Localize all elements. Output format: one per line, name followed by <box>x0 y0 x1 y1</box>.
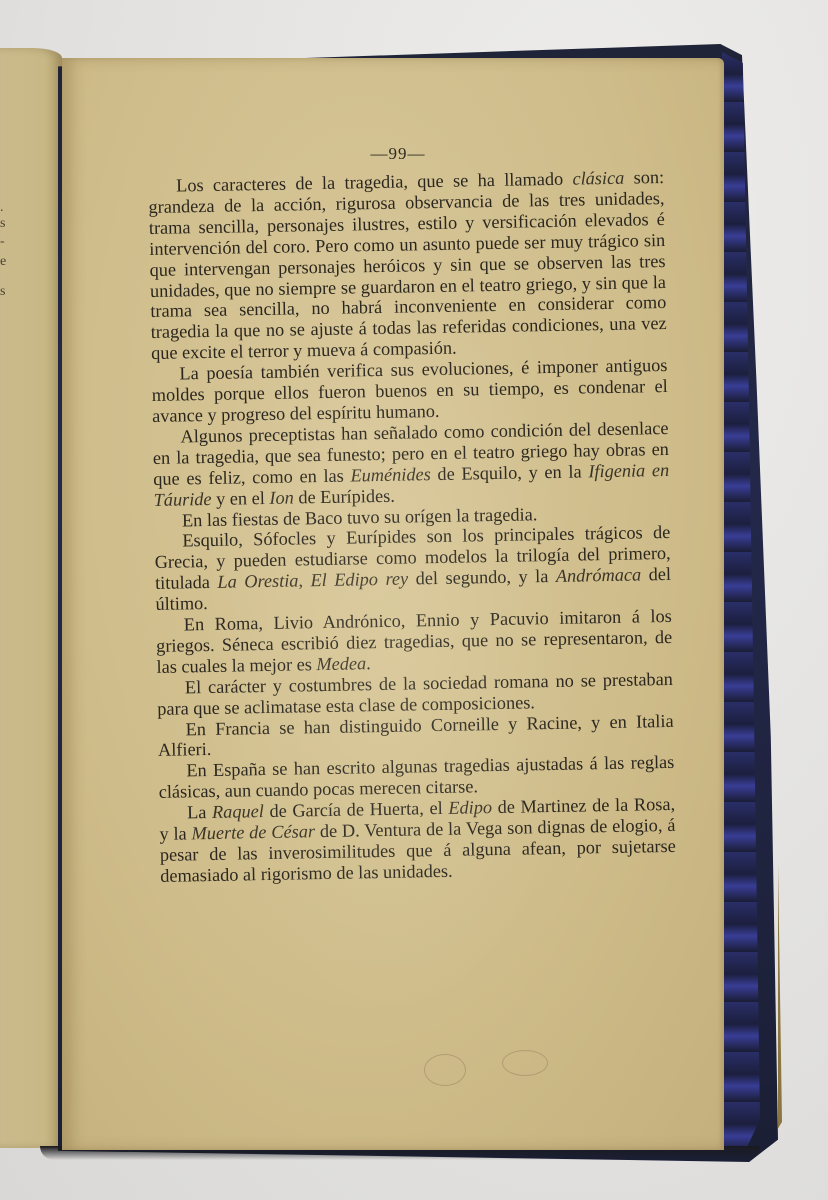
book-page: —99— Los caracteres de la tragedia, que … <box>62 58 724 1150</box>
paragraph: La Raquel de García de Huerta, el Edipo … <box>159 794 676 887</box>
work-title: clásica <box>572 168 624 189</box>
work-title: Ion <box>269 487 294 507</box>
text-run: La poesía también verifica sus evolucion… <box>152 355 668 426</box>
left-page-fragment: s <box>0 284 5 300</box>
left-page-fragment: s <box>0 216 5 232</box>
work-title: Medea <box>316 653 366 674</box>
text-run: En las fiestas de Baco tuvo su orígen la… <box>182 504 538 530</box>
text-run: . <box>366 653 371 673</box>
page-body-text: Los caracteres de la tragedia, que se ha… <box>148 167 676 887</box>
left-page-fragment: . <box>0 200 4 216</box>
paragraph: Los caracteres de la tragedia, que se ha… <box>148 167 667 364</box>
work-title: La Orestia, El Edipo rey <box>217 569 408 592</box>
paragraph: Esquilo, Sófocles y Eurípides son los pr… <box>154 522 671 615</box>
paragraph: En Roma, Livio Andrónico, Ennio y Pacuvi… <box>156 606 673 678</box>
text-run: En Roma, Livio Andrónico, Ennio y Pacuvi… <box>156 606 672 677</box>
text-run: de D. Ventura de la Vega son dignas de e… <box>160 815 676 886</box>
paragraph: Algunos preceptistas han señalado como c… <box>152 418 669 511</box>
work-title: Edipo <box>448 797 492 818</box>
text-run: Algunos preceptistas han señalado como c… <box>153 418 669 489</box>
left-page-fragment: e <box>0 254 6 270</box>
paragraph: La poesía también verifica sus evolucion… <box>151 355 668 427</box>
work-title: Andrómaca <box>556 565 642 586</box>
page-number: —99— <box>62 144 724 164</box>
pencil-mark <box>424 1054 466 1086</box>
text-run: y en el <box>211 488 269 509</box>
text-run: de Esquilo, y en la <box>431 461 589 484</box>
work-title: Euménides <box>350 464 431 485</box>
text-run: de García de Huerta, el <box>264 798 449 821</box>
work-title: Muerte de César <box>191 821 315 843</box>
work-title: Raquel <box>212 801 264 822</box>
text-run: del segundo, y la <box>408 566 556 589</box>
facing-page-left: . s - e s <box>0 48 62 1148</box>
left-page-fragment: - <box>0 234 5 250</box>
pencil-mark <box>502 1050 548 1076</box>
text-run: son: grandeza de la acción, rigurosa obs… <box>148 167 666 363</box>
text-run: de Eurípides. <box>294 485 395 507</box>
text-run: La <box>187 802 212 822</box>
